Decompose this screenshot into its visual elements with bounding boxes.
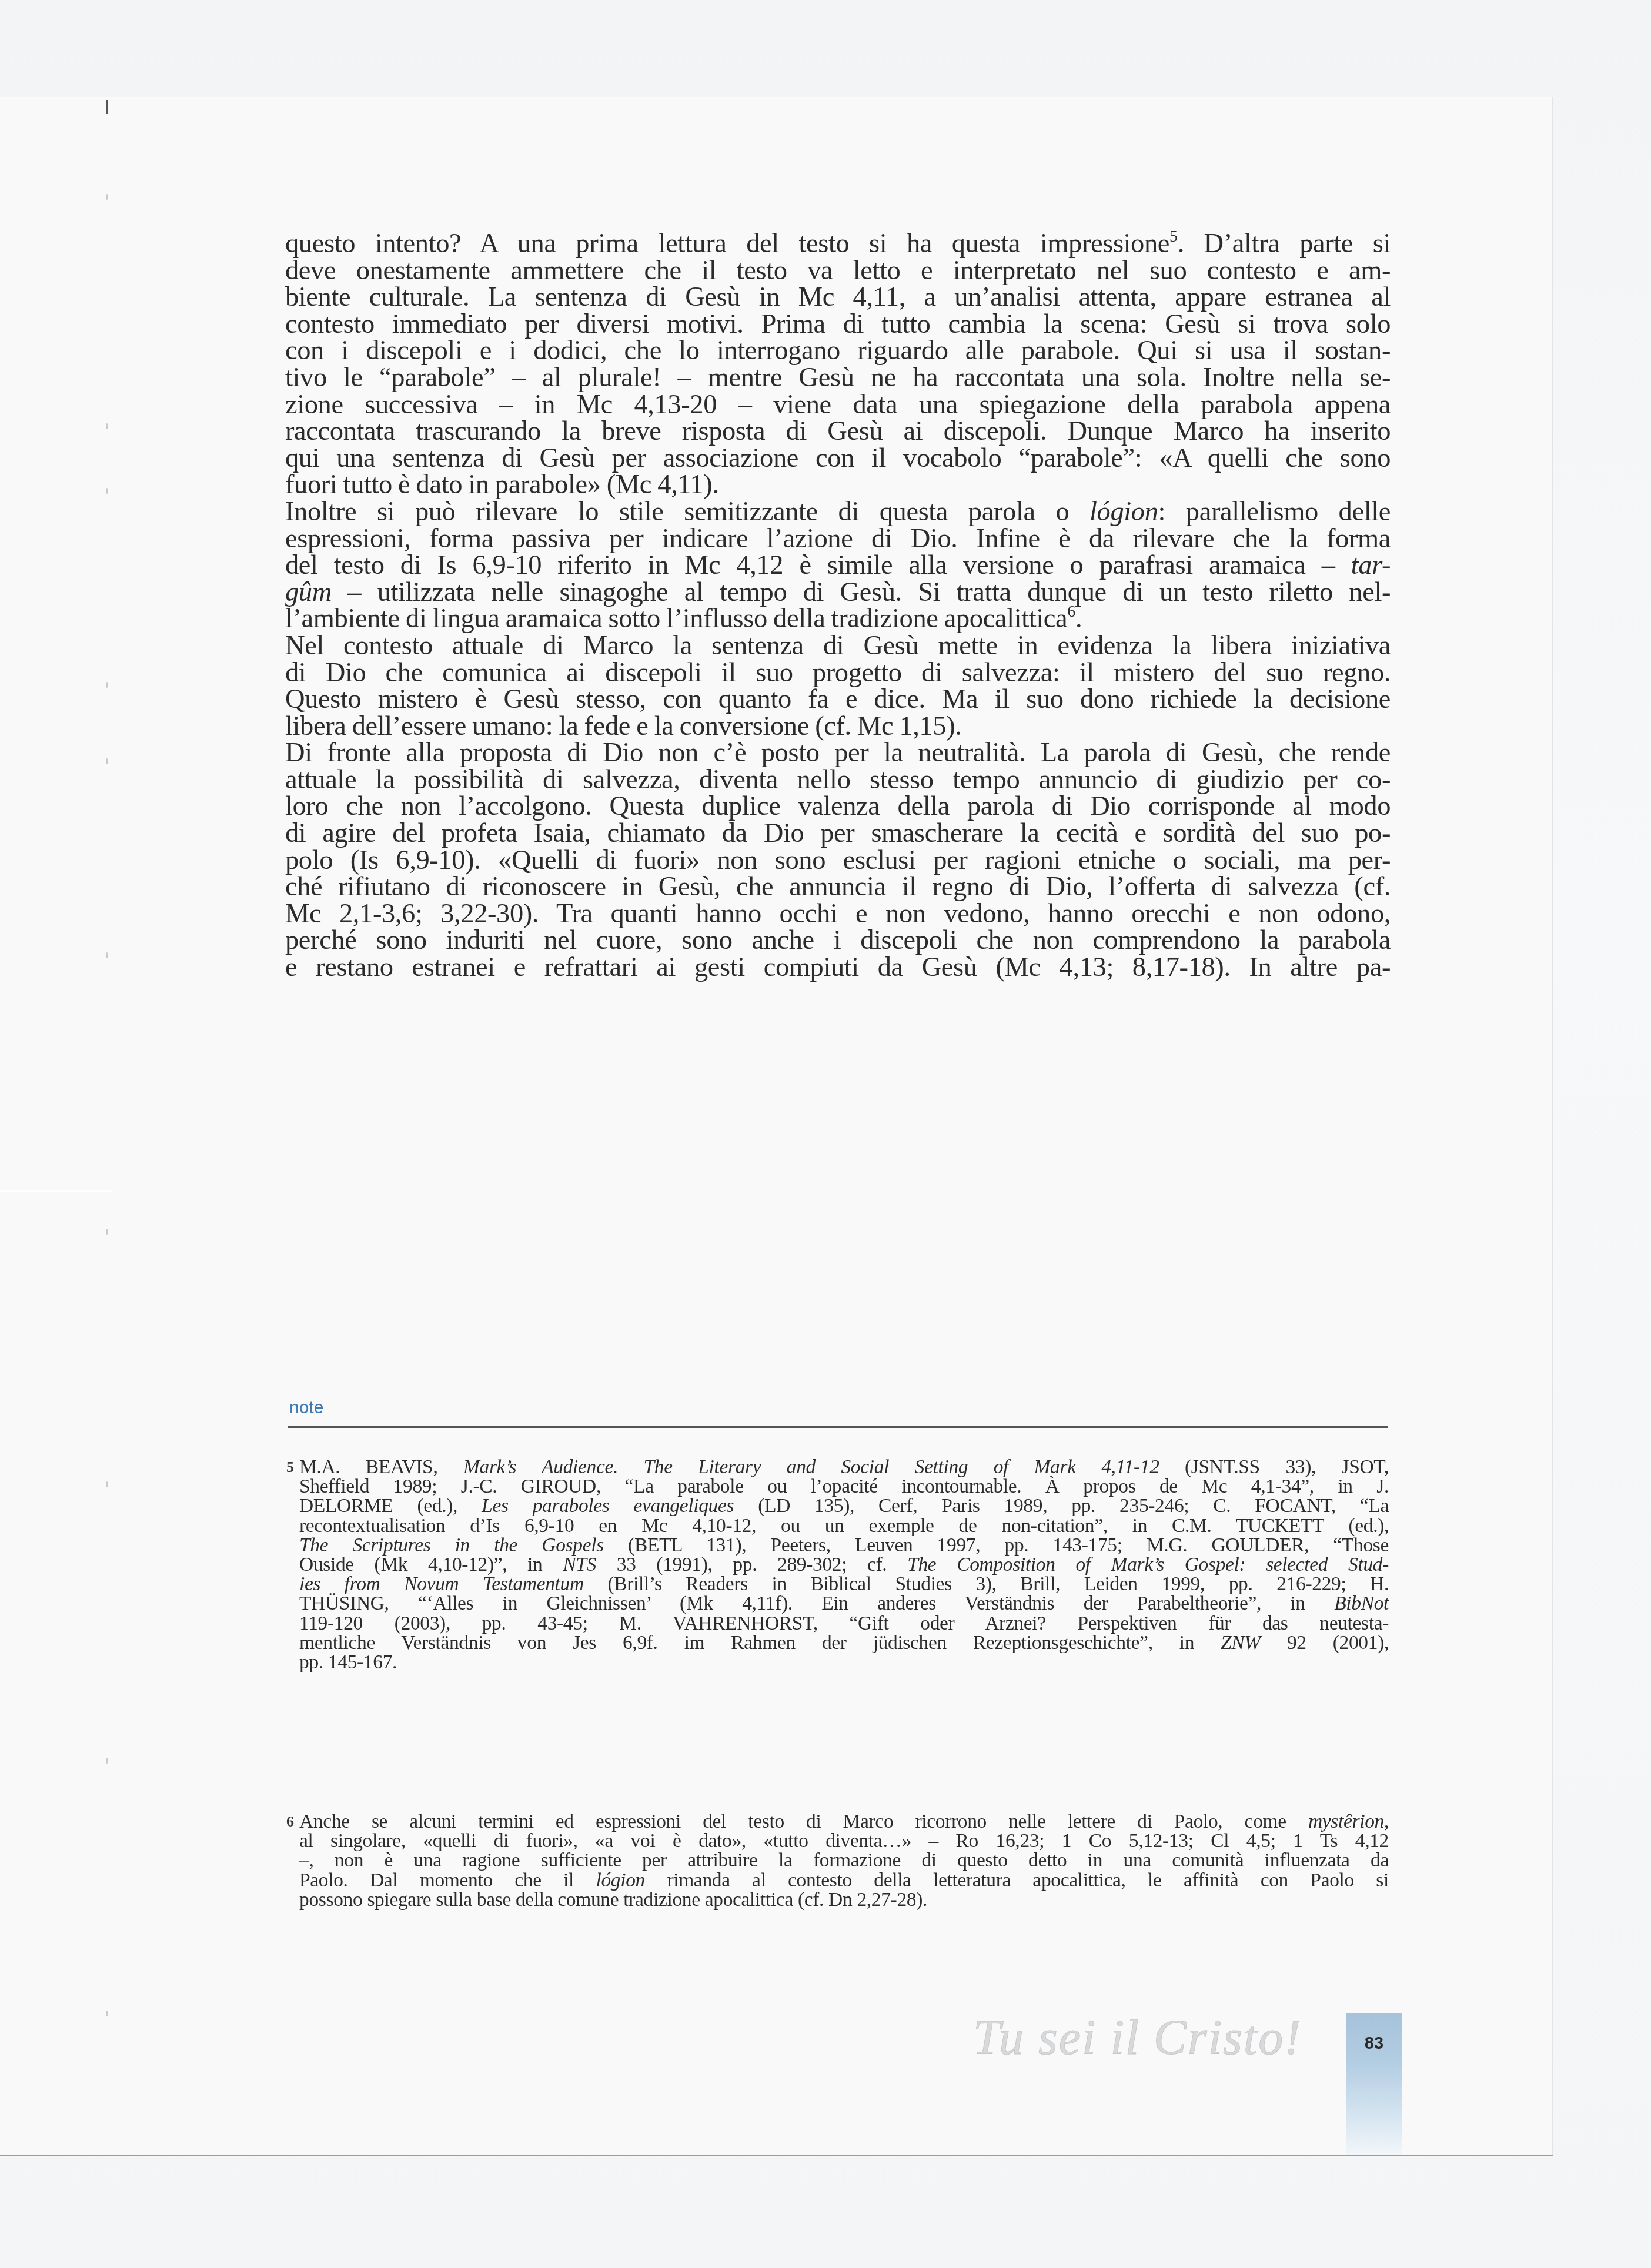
body-line: perché sono induriti nel cuore, sono anc… [285, 927, 1391, 954]
footnote-line: THÜSING, “‘Alles in Gleichnissen’ (Mk 4,… [299, 1594, 1389, 1613]
body-line: loro che non l’accolgono. Questa duplice… [285, 793, 1391, 820]
body-line: ché rifiutano di riconoscere in Gesù, ch… [285, 874, 1391, 901]
body-line: Nel contesto attuale di Marco la sentenz… [285, 633, 1391, 660]
body-line: libera dell’essere umano: la fede e la c… [285, 713, 1391, 740]
body-line: e restano estranei e refrattari ai gesti… [285, 954, 1391, 981]
body-line: biente culturale. La sentenza di Gesù in… [285, 284, 1391, 311]
body-line: con i discepoli e i dodici, che lo inter… [285, 337, 1391, 364]
body-line: del testo di Is 6,9-10 riferito in Mc 4,… [285, 552, 1391, 579]
footnote-6: 6 Anche se alcuni termini ed espressioni… [286, 1812, 1389, 1909]
body-line: attuale la possibilità di salvezza, dive… [285, 767, 1391, 794]
footnote-line: al singolare, «quelli di fuori», «a voi … [299, 1831, 1389, 1851]
body-line: qui una sentenza di Gesù per associazion… [285, 445, 1391, 472]
body-line: contesto immediato per diversi motivi. P… [285, 311, 1391, 338]
body-line: di Dio che comunica ai discepoli il suo … [285, 660, 1391, 687]
body-line: deve onestamente ammettere che il testo … [285, 257, 1391, 285]
footnote-5: 5 M.A. BEAVIS, Mark’s Audience. The Lite… [286, 1457, 1389, 1672]
body-line: raccontata trascurando la breve risposta… [285, 418, 1391, 445]
body-line: l’ambiente di lingua aramaica sotto l’in… [285, 606, 1391, 633]
footnote-line: Ouside (Mk 4,10-12)”, in NTS 33 (1991), … [299, 1555, 1389, 1574]
footnote-line: Anche se alcuni termini ed espressioni d… [299, 1812, 1389, 1831]
binding-hole-marks [106, 194, 118, 2016]
footnote-line: –, non è una ragione sufficiente per att… [299, 1851, 1389, 1870]
body-line: fuori tutto è dato in parabole» (Mc 4,11… [285, 471, 1391, 499]
footnote-line: Paolo. Dal momento che il lógion rimanda… [299, 1871, 1389, 1890]
body-line: Questo mistero è Gesù stesso, con quanto… [285, 686, 1391, 713]
body-line: gûm – utilizzata nelle sinagoghe al temp… [285, 579, 1391, 606]
body-line: di agire del profeta Isaia, chiamato da … [285, 820, 1391, 847]
body-line: Mc 2,1-3,6; 3,22-30). Tra quanti hanno o… [285, 901, 1391, 928]
body-line: espressioni, forma passiva per indicare … [285, 526, 1391, 553]
notes-heading: note [289, 1398, 323, 1418]
footnote-line: pp. 145-167. [299, 1653, 1389, 1672]
body-line: Di fronte alla proposta di Dio non c’è p… [285, 740, 1391, 767]
running-title: Tu sei il Cristo! [973, 2009, 1302, 2066]
footnote-number: 5 [286, 1457, 294, 1477]
body-line: tivo le “parabole” – al plurale! – mentr… [285, 364, 1391, 392]
footnote-line: recontextualisation d’Is 6,9-10 en Mc 4,… [299, 1516, 1389, 1536]
footnote-line: M.A. BEAVIS, Mark’s Audience. The Litera… [299, 1457, 1389, 1477]
footnote-line: possono spiegare sulla base della comune… [299, 1890, 1389, 1909]
footnote-line: mentliche Verständnis von Jes 6,9f. im R… [299, 1633, 1389, 1653]
body-line: polo (Is 6,9-10). «Quelli di fuori» non … [285, 847, 1391, 874]
footnote-line: Sheffield 1989; J.-C. GIROUD, “La parabo… [299, 1477, 1389, 1496]
footnote-line: 119-120 (2003), pp. 43-45; M. VAHRENHORS… [299, 1614, 1389, 1633]
footnote-line: The Scriptures in the Gospels (BETL 131)… [299, 1536, 1389, 1555]
page-fold-crease [0, 1143, 112, 1192]
footnote-reference[interactable]: 6 [1067, 603, 1075, 621]
main-body-text: questo intento? A una prima lettura del … [285, 230, 1391, 981]
scan-mark [106, 100, 108, 114]
body-line: questo intento? A una prima lettura del … [285, 230, 1391, 257]
page-number: 83 [1346, 2034, 1402, 2053]
body-line: Inoltre si può rilevare lo stile semitiz… [285, 499, 1391, 526]
footnote-reference[interactable]: 5 [1169, 228, 1178, 246]
footnote-text: M.A. BEAVIS, Mark’s Audience. The Litera… [299, 1457, 1389, 1672]
footnote-number: 6 [286, 1812, 294, 1831]
footnote-line: ies from Novum Testamentum (Brill’s Read… [299, 1574, 1389, 1594]
body-line: zione successiva – in Mc 4,13-20 – viene… [285, 392, 1391, 419]
notes-divider [288, 1426, 1388, 1428]
footnote-line: DELORME (ed.), Les paraboles evangelique… [299, 1496, 1389, 1516]
footnote-text: Anche se alcuni termini ed espressioni d… [299, 1812, 1389, 1909]
